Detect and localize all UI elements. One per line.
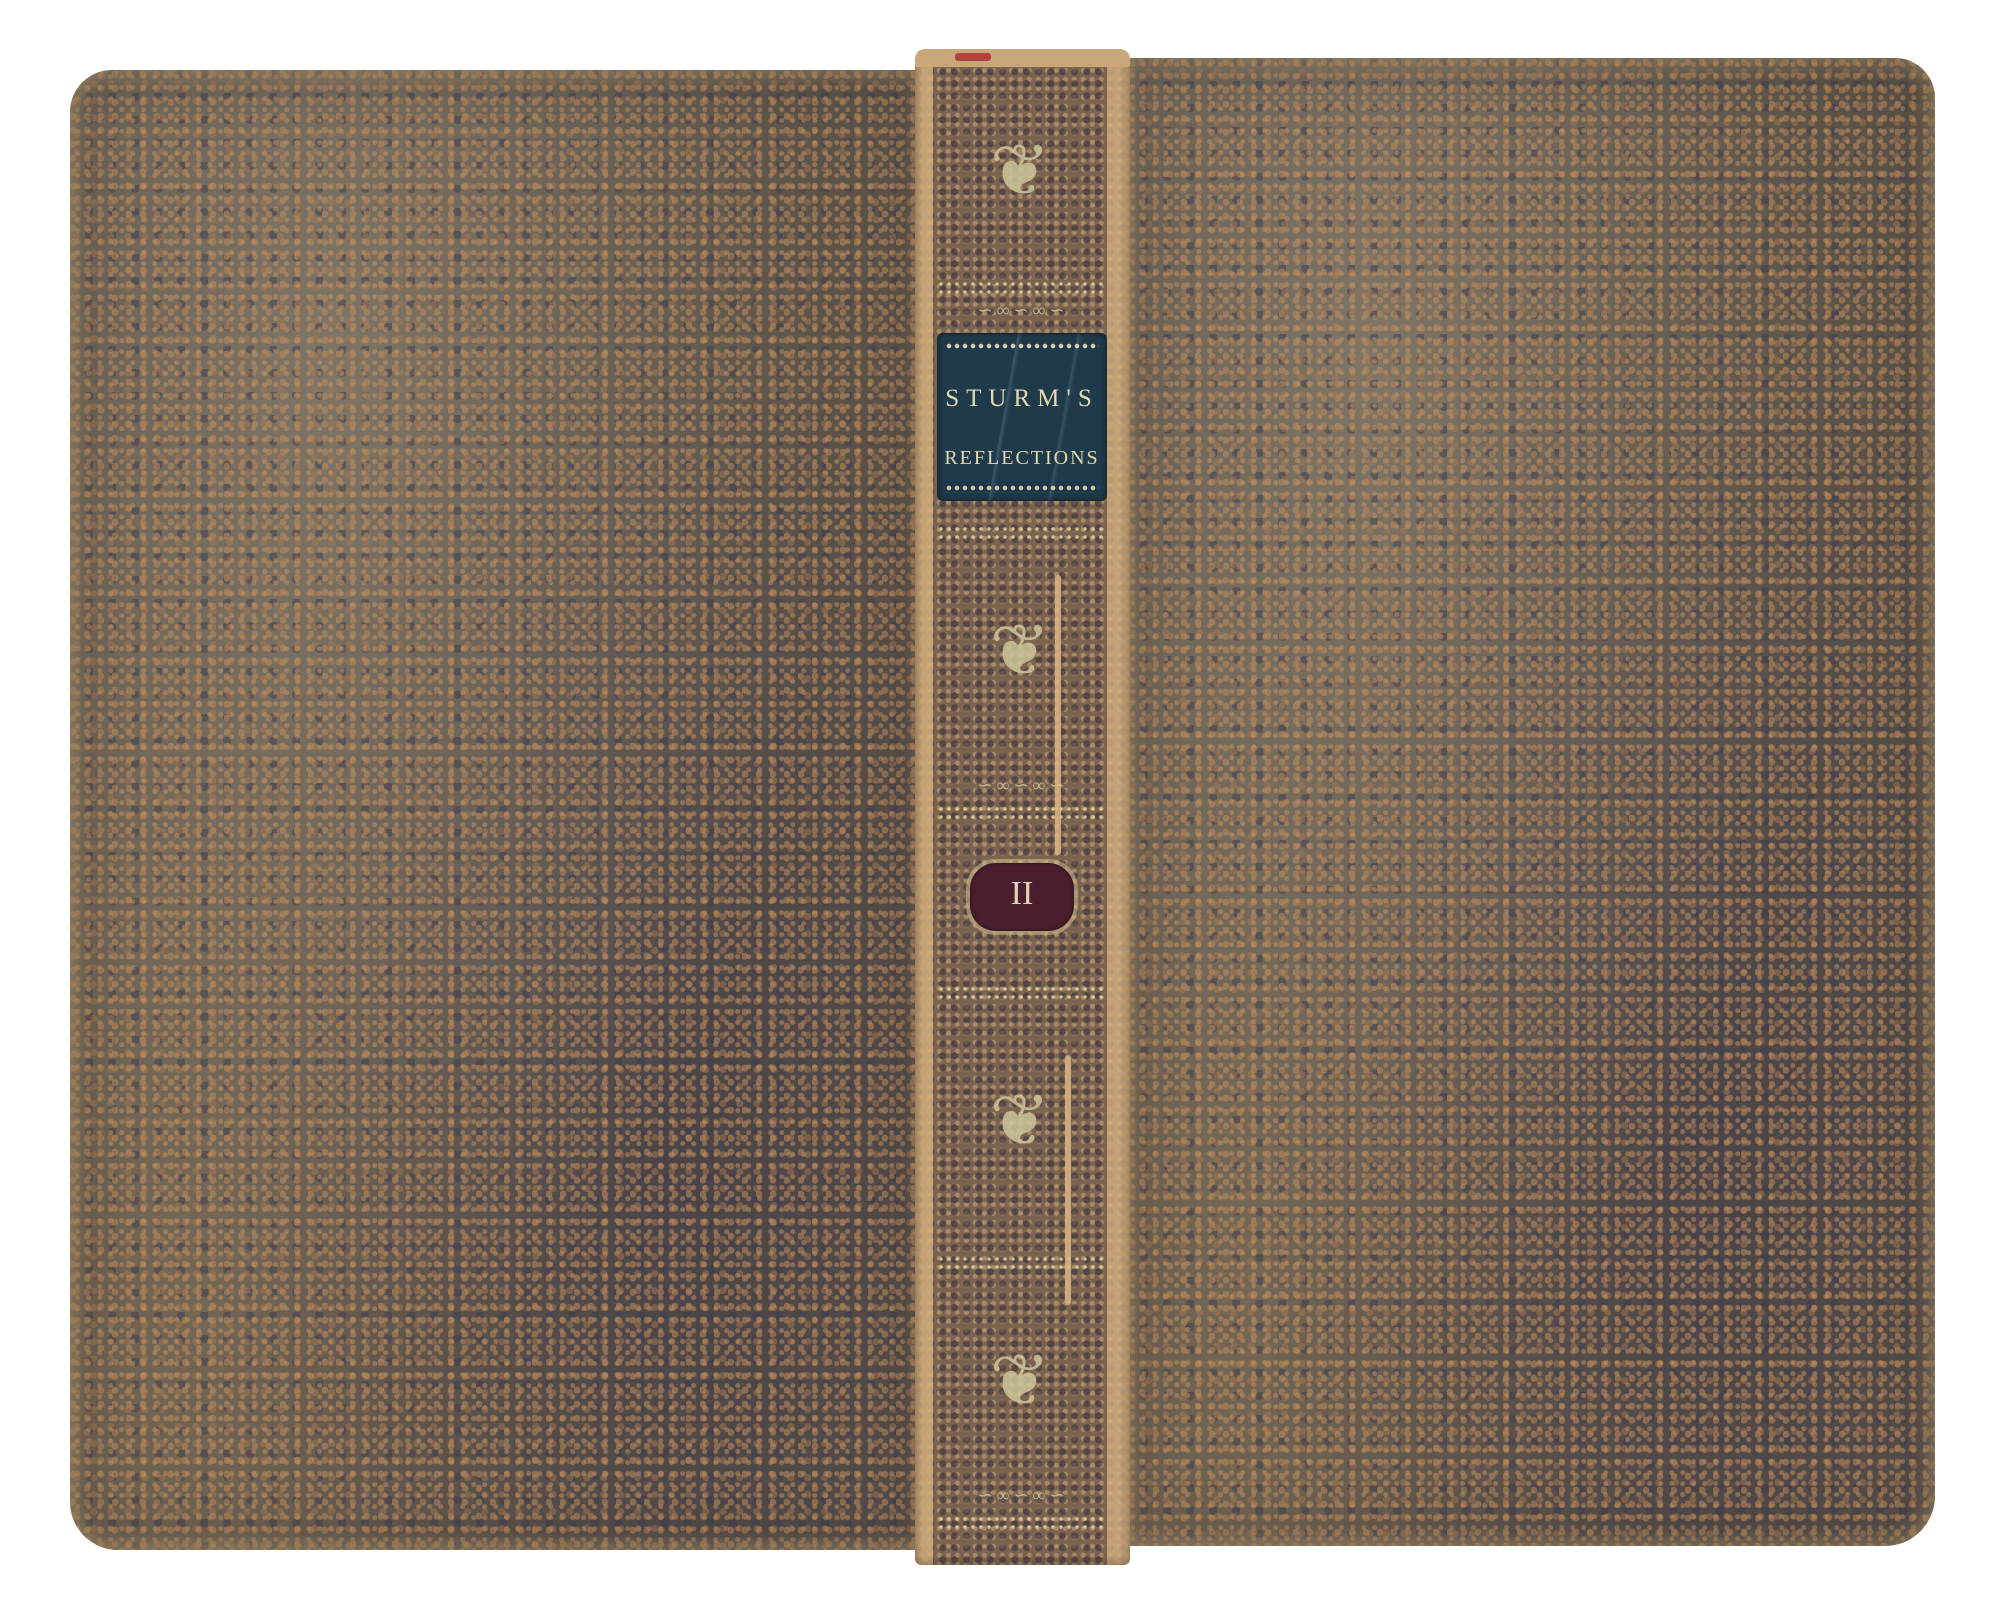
floral-ornament-icon: ❦ <box>985 1345 1055 1417</box>
floral-ornament-icon: ❦ <box>985 615 1055 687</box>
front-cover <box>1125 58 1935 1546</box>
gilt-band <box>937 1255 1107 1273</box>
scroll-ornament-icon: ∽∞∽∞∽ <box>943 1485 1103 1509</box>
back-cover <box>70 70 925 1550</box>
gilt-band <box>937 1515 1107 1533</box>
gilt-band <box>937 805 1107 823</box>
scroll-ornament-icon: ∽∞∽∞∽ <box>943 775 1103 799</box>
volume-number: II <box>970 875 1074 913</box>
leather-crack <box>1065 1055 1071 1305</box>
headband <box>955 53 991 61</box>
floral-ornament-icon: ❦ <box>985 135 1055 207</box>
leather-crack <box>1055 575 1061 855</box>
gilt-band <box>937 525 1107 543</box>
volume-label: II <box>970 863 1074 931</box>
spine-headcap <box>915 49 1130 67</box>
title-line-1: STURM'S <box>937 385 1107 413</box>
scroll-ornament-icon: ∽∞∽∞∽ <box>943 300 1103 324</box>
gilt-band <box>937 280 1107 298</box>
title-line-2: REFLECTIONS <box>937 447 1107 470</box>
gilt-band <box>937 985 1107 1003</box>
floral-ornament-icon: ❦ <box>985 1085 1055 1157</box>
title-label: STURM'S REFLECTIONS <box>937 333 1107 501</box>
book-spine: ❦ ∽∞∽∞∽ STURM'S REFLECTIONS ❦ ∽∞∽∞∽ II ❦… <box>915 55 1130 1565</box>
